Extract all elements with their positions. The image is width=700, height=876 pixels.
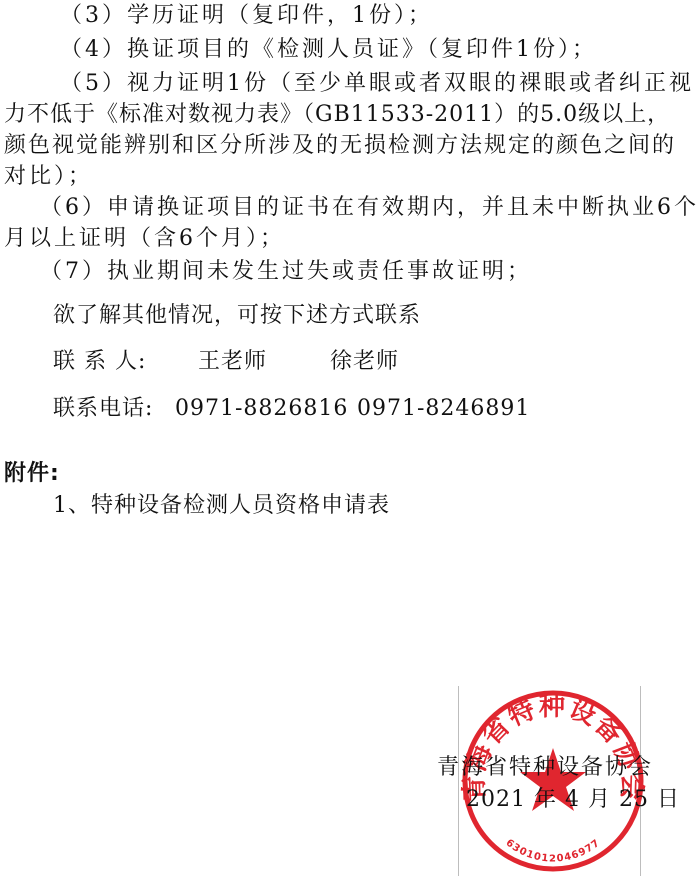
- requirement-item-4: （4）换证项目的《检测人员证》（复印件1份）；: [60, 36, 597, 64]
- contact-person-2: 徐老师: [330, 348, 399, 376]
- requirement-item-7: （7）执业期间未发生过失或责任事故证明；: [40, 258, 532, 286]
- signature-organization: 青海省特种设备协会: [437, 754, 653, 782]
- requirement-item-5-line-3: 颜色视觉能辨别和区分所涉及的无损检测方法规定的颜色之间的: [4, 132, 676, 160]
- attachments-heading: 附件:: [4, 460, 60, 488]
- signature-date: 2021 年 4 月 25 日: [466, 786, 680, 814]
- requirement-item-5-line-1: （5）视力证明1份（至少单眼或者双眼的裸眼或者纠正视: [60, 70, 694, 98]
- contact-person-1: 王老师: [198, 348, 267, 376]
- requirement-item-6-line-1: （6）申请换证项目的证书在有效期内，并且未中断执业6个: [40, 194, 699, 222]
- requirement-item-6-line-2: 月以上证明（含6个月）；: [4, 225, 285, 253]
- requirement-item-3: （3）学历证明（复印件，1份）；: [60, 2, 433, 30]
- contact-intro: 欲了解其他情况，可按下述方式联系: [53, 302, 421, 330]
- requirement-item-5-line-2: 力不低于《标准对数视力表》（GB11533-2011）的5.0级以上，: [4, 101, 670, 129]
- contact-phone-1: 0971-8826816: [175, 395, 348, 423]
- requirement-item-5-line-4: 对比）；: [4, 163, 93, 191]
- contact-person-label: 联 系 人:: [53, 348, 146, 376]
- contact-phone-2: 0971-8246891: [357, 395, 530, 423]
- contact-phone-label: 联系电话:: [53, 395, 153, 423]
- attachment-item-1: 1、特种设备检测人员资格申请表: [53, 492, 390, 520]
